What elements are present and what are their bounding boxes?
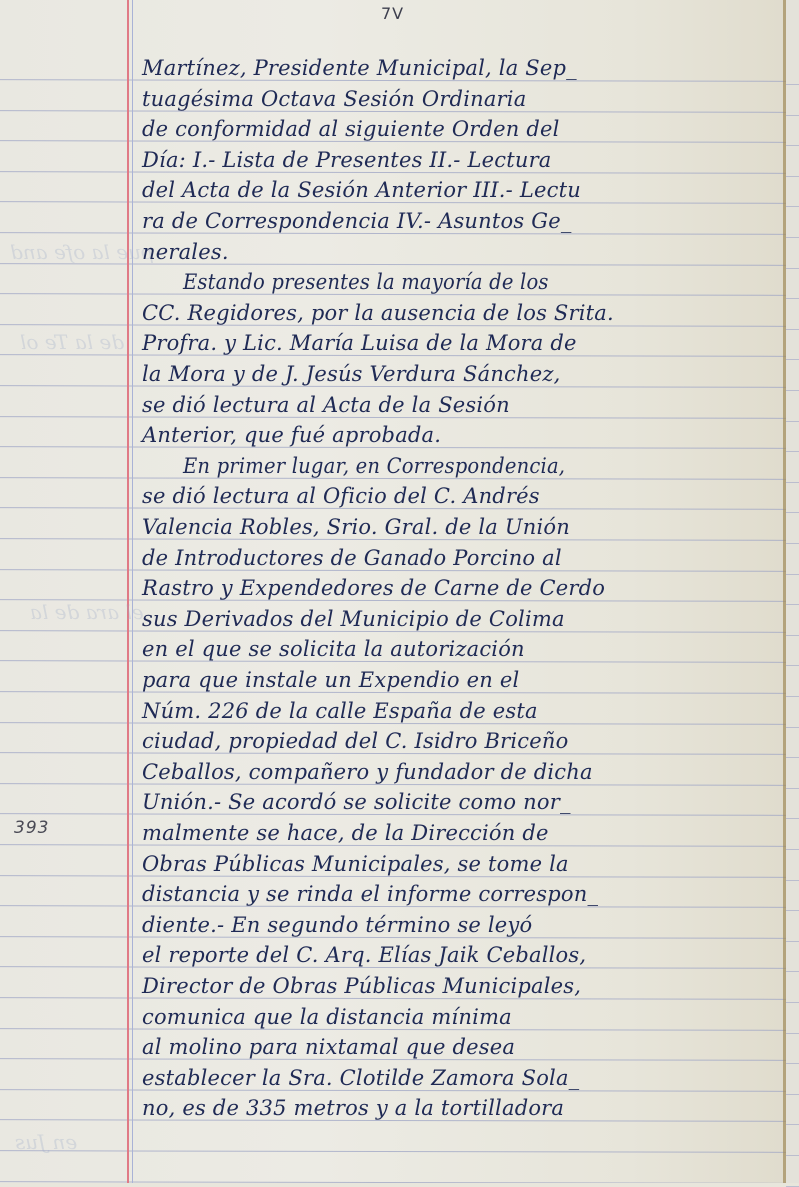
- handwritten-line: Valencia Robles, Srio. Gral. de la Unión: [142, 515, 782, 539]
- underlying-ruled-line: [786, 206, 799, 207]
- handwritten-line: de Introductores de Ganado Porcino al: [142, 546, 782, 570]
- underlying-ruled-line: [786, 1063, 799, 1064]
- bleed-through-text: de la Te ol: [20, 330, 124, 354]
- underlying-ruled-line: [786, 268, 799, 269]
- underlying-ruled-line: [786, 451, 799, 452]
- handwritten-line: sus Derivados del Municipio de Colima: [142, 607, 782, 631]
- underlying-ruled-line: [786, 665, 799, 666]
- page-number: 7V: [381, 4, 404, 23]
- underlying-ruled-line: [786, 727, 799, 728]
- underlying-ruled-line: [786, 1155, 799, 1156]
- underlying-ruled-line: [786, 604, 799, 605]
- handwritten-line: Unión.- Se acordó se solicite como nor_: [142, 790, 782, 814]
- handwritten-line: ciudad, propiedad del C. Isidro Briceño: [142, 729, 782, 753]
- handwritten-line: se dió lectura al Oficio del C. Andrés: [142, 484, 782, 508]
- handwritten-line: ra de Correspondencia IV.- Asuntos Ge_: [142, 209, 782, 233]
- underlying-ruled-line: [786, 635, 799, 636]
- handwritten-line: la Mora y de J. Jesús Verdura Sánchez,: [142, 362, 782, 386]
- underlying-ruled-line: [786, 880, 799, 881]
- handwritten-line: Anterior, que fué aprobada.: [142, 423, 782, 447]
- bleed-through-text: pue la ofe and: [10, 240, 154, 264]
- handwritten-line: CC. Regidores, por la ausencia de los Sr…: [142, 301, 782, 325]
- ruled-line: [0, 1150, 786, 1153]
- underlying-ruled-line: [786, 84, 799, 85]
- underlying-page: [786, 0, 799, 1183]
- underlying-ruled-line: [786, 849, 799, 850]
- underlying-ruled-line: [786, 941, 799, 942]
- handwritten-line: en el que se solicita la autorización: [142, 637, 782, 661]
- handwritten-line: comunica que la distancia mínima: [142, 1005, 782, 1029]
- underlying-ruled-line: [786, 971, 799, 972]
- bleed-through-text: en Jus: [15, 1130, 77, 1154]
- underlying-ruled-line: [786, 176, 799, 177]
- handwritten-line: Día: I.- Lista de Presentes II.- Lectura: [142, 148, 782, 172]
- handwritten-line: malmente se hace, de la Dirección de: [142, 821, 782, 845]
- underlying-ruled-line: [786, 818, 799, 819]
- margin-line-blue: [132, 0, 133, 1183]
- underlying-ruled-line: [786, 910, 799, 911]
- handwritten-line: de conformidad al siguiente Orden del: [142, 117, 782, 141]
- underlying-ruled-line: [786, 696, 799, 697]
- margin-annotation: 393: [14, 818, 49, 838]
- handwritten-line: no, es de 335 metros y a la tortilladora: [142, 1096, 782, 1120]
- underlying-ruled-line: [786, 1094, 799, 1095]
- bleed-through-text: el ara de la: [30, 600, 144, 624]
- underlying-ruled-line: [786, 1002, 799, 1003]
- underlying-ruled-line: [786, 329, 799, 330]
- handwritten-line: el reporte del C. Arq. Elías Jaik Ceball…: [142, 943, 782, 967]
- handwritten-line: tuagésima Octava Sesión Ordinaria: [142, 87, 782, 111]
- handwritten-line: al molino para nixtamal que desea: [142, 1035, 782, 1059]
- underlying-ruled-line: [786, 115, 799, 116]
- handwritten-line: del Acta de la Sesión Anterior III.- Lec…: [142, 178, 782, 202]
- underlying-ruled-line: [786, 359, 799, 360]
- handwritten-line: nerales.: [142, 240, 782, 264]
- handwritten-line: diente.- En segundo término se leyó: [142, 913, 782, 937]
- underlying-ruled-line: [786, 788, 799, 789]
- underlying-ruled-line: [786, 1033, 799, 1034]
- handwritten-line: establecer la Sra. Clotilde Zamora Sola_: [142, 1066, 782, 1090]
- handwritten-line: se dió lectura al Acta de la Sesión: [142, 393, 782, 417]
- handwritten-line: Profra. y Lic. María Luisa de la Mora de: [142, 331, 782, 355]
- underlying-ruled-line: [786, 512, 799, 513]
- handwritten-line: distancia y se rinda el informe correspo…: [142, 882, 782, 906]
- handwritten-line: Núm. 226 de la calle España de esta: [142, 699, 782, 723]
- underlying-ruled-line: [786, 1124, 799, 1125]
- handwritten-line: Estando presentes la mayoría de los: [142, 270, 779, 294]
- underlying-ruled-line: [786, 421, 799, 422]
- handwritten-line: Rastro y Expendedores de Carne de Cerdo: [142, 576, 782, 600]
- handwritten-line: En primer lugar, en Correspondencia,: [142, 454, 779, 478]
- page-edge: [783, 0, 786, 1183]
- handwritten-line: Obras Públicas Municipales, se tome la: [142, 852, 782, 876]
- handwritten-line: Martínez, Presidente Municipal, la Sep_: [142, 56, 782, 80]
- margin-line-red: [127, 0, 129, 1183]
- underlying-ruled-line: [786, 757, 799, 758]
- handwritten-line: Ceballos, compañero y fundador de dicha: [142, 760, 782, 784]
- underlying-ruled-line: [786, 237, 799, 238]
- handwritten-line: para que instale un Expendio en el: [142, 668, 782, 692]
- underlying-ruled-line: [786, 543, 799, 544]
- underlying-ruled-line: [786, 145, 799, 146]
- ledger-page: pue la ofe and de la Te ol el ara de la …: [0, 0, 786, 1183]
- handwritten-line: Director de Obras Públicas Municipales,: [142, 974, 782, 998]
- underlying-ruled-line: [786, 574, 799, 575]
- underlying-ruled-line: [786, 482, 799, 483]
- underlying-ruled-line: [786, 390, 799, 391]
- underlying-ruled-line: [786, 298, 799, 299]
